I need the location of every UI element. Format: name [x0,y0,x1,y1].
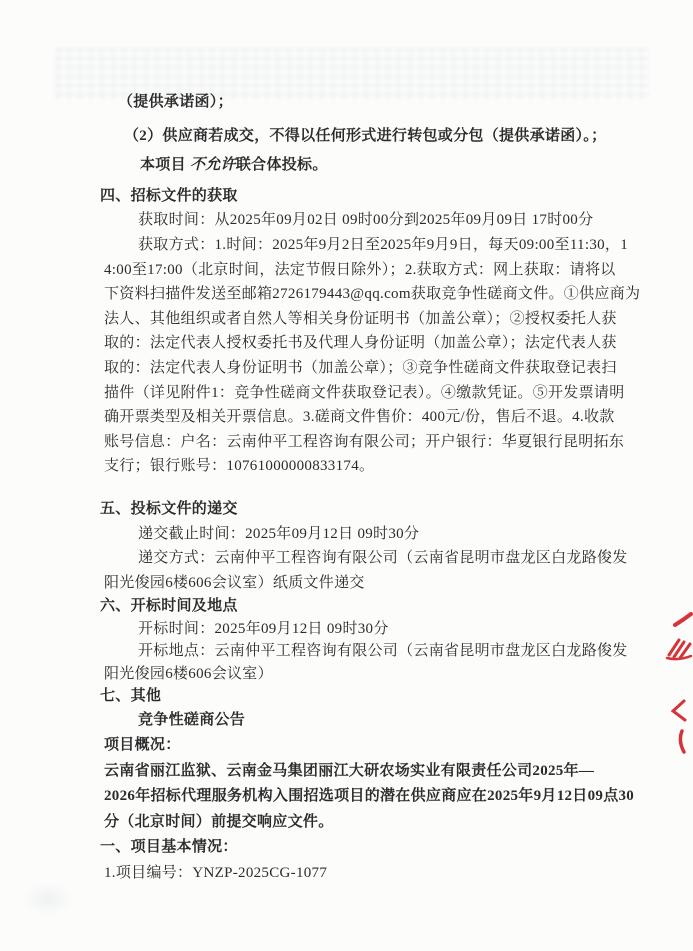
text-line: （提供承诺函）； [118,90,693,115]
section-heading: 一、项目基本情况： [100,835,693,861]
text-line: 递交截止时间：2025年09月12日 09时30分 [138,522,693,547]
text-line: 取的：法定代表人身份证明书（加盖公章）；③竞争性磋商文件获取登记表扫 [104,356,693,381]
text-line: 描件（详见附件1：竞争性磋商文件获取登记表）。④缴款凭证。⑤开发票请明 [104,381,693,406]
ink-smudge [22,882,74,916]
text-line: 分（北京时间）前提交响应文件。 [104,810,693,836]
text-line: （2）供应商若成交，不得以任何形式进行转包或分包（提供承诺函）。； [124,124,693,149]
text-segment: 本项目 [140,157,190,173]
text-line: 本项目 不允许联合体投标。 [140,153,693,178]
text-line: 获取方式：1.时间：2025年9月2日至2025年9月9日，每天09:00至11… [138,233,693,258]
scanned-document-page: （提供承诺函）；（2）供应商若成交，不得以任何形式进行转包或分包（提供承诺函）。… [0,0,693,951]
text-line: 竞争性磋商公告 [138,708,693,734]
text-line: 取的：法定代表人授权委托书及代理人身份证明（加盖公章）；法定代表人获 [104,331,693,356]
text-line: 下资料扫描件发送至邮箱2726179443@qq.com获取竞争性磋商文件。①供… [104,282,693,307]
section-heading: 五、投标文件的递交 [100,497,693,522]
text-line: 法人、其他组织或者自然人等相关身份证明书（加盖公章）；②授权委托人获 [104,307,693,332]
text-line: 阳光俊园6楼606会议室）纸质文件递交 [104,571,693,596]
text-line: 云南省丽江监狱、云南金马集团丽江大研农场实业有限责任公司2025年— [104,759,693,785]
text-line: 项目概况： [104,733,693,759]
text-line: 开标地点：云南仲平工程咨询有限公司（云南省昆明市盘龙区白龙路俊发 [138,640,693,663]
text-line: 递交方式：云南仲平工程咨询有限公司（云南省昆明市盘龙区白龙路俊发 [138,546,693,571]
text-line: 4:00至17:00（北京时间，法定节假日除外）；2.获取方式：网上获取：请将以 [104,258,693,283]
document-body: （提供承诺函）；（2）供应商若成交，不得以任何形式进行转包或分包（提供承诺函）。… [0,90,693,886]
text-line: 1.项目编号：YNZP-2025CG-1077 [104,861,693,887]
section-heading: 四、招标文件的获取 [100,184,693,209]
emphasized-text: 不允许 [190,157,236,173]
text-line: 支行；银行账号：10761000000833174。 [104,454,693,479]
text-line: 确开票类型及相关开票信息。3.磋商文件售价：400元/份，售后不退。4.收款 [104,405,693,430]
text-line: 2026年招标代理服务机构入围招选项目的潜在供应商应在2025年9月12日09点… [104,784,693,810]
text-line: 获取时间：从2025年09月02日 09时00分到2025年09月09日 17时… [138,208,693,233]
section-heading: 六、开标时间及地点 [100,595,693,618]
text-line: 阳光俊园6楼606会议室） [104,663,693,686]
text-segment: 联合体投标。 [236,157,328,173]
section-heading: 七、其他 [100,685,693,708]
text-line: 开标时间：2025年09月12日 09时30分 [138,618,693,641]
text-line: 账号信息：户名：云南仲平工程咨询有限公司；开户银行：华夏银行昆明拓东 [104,430,693,455]
